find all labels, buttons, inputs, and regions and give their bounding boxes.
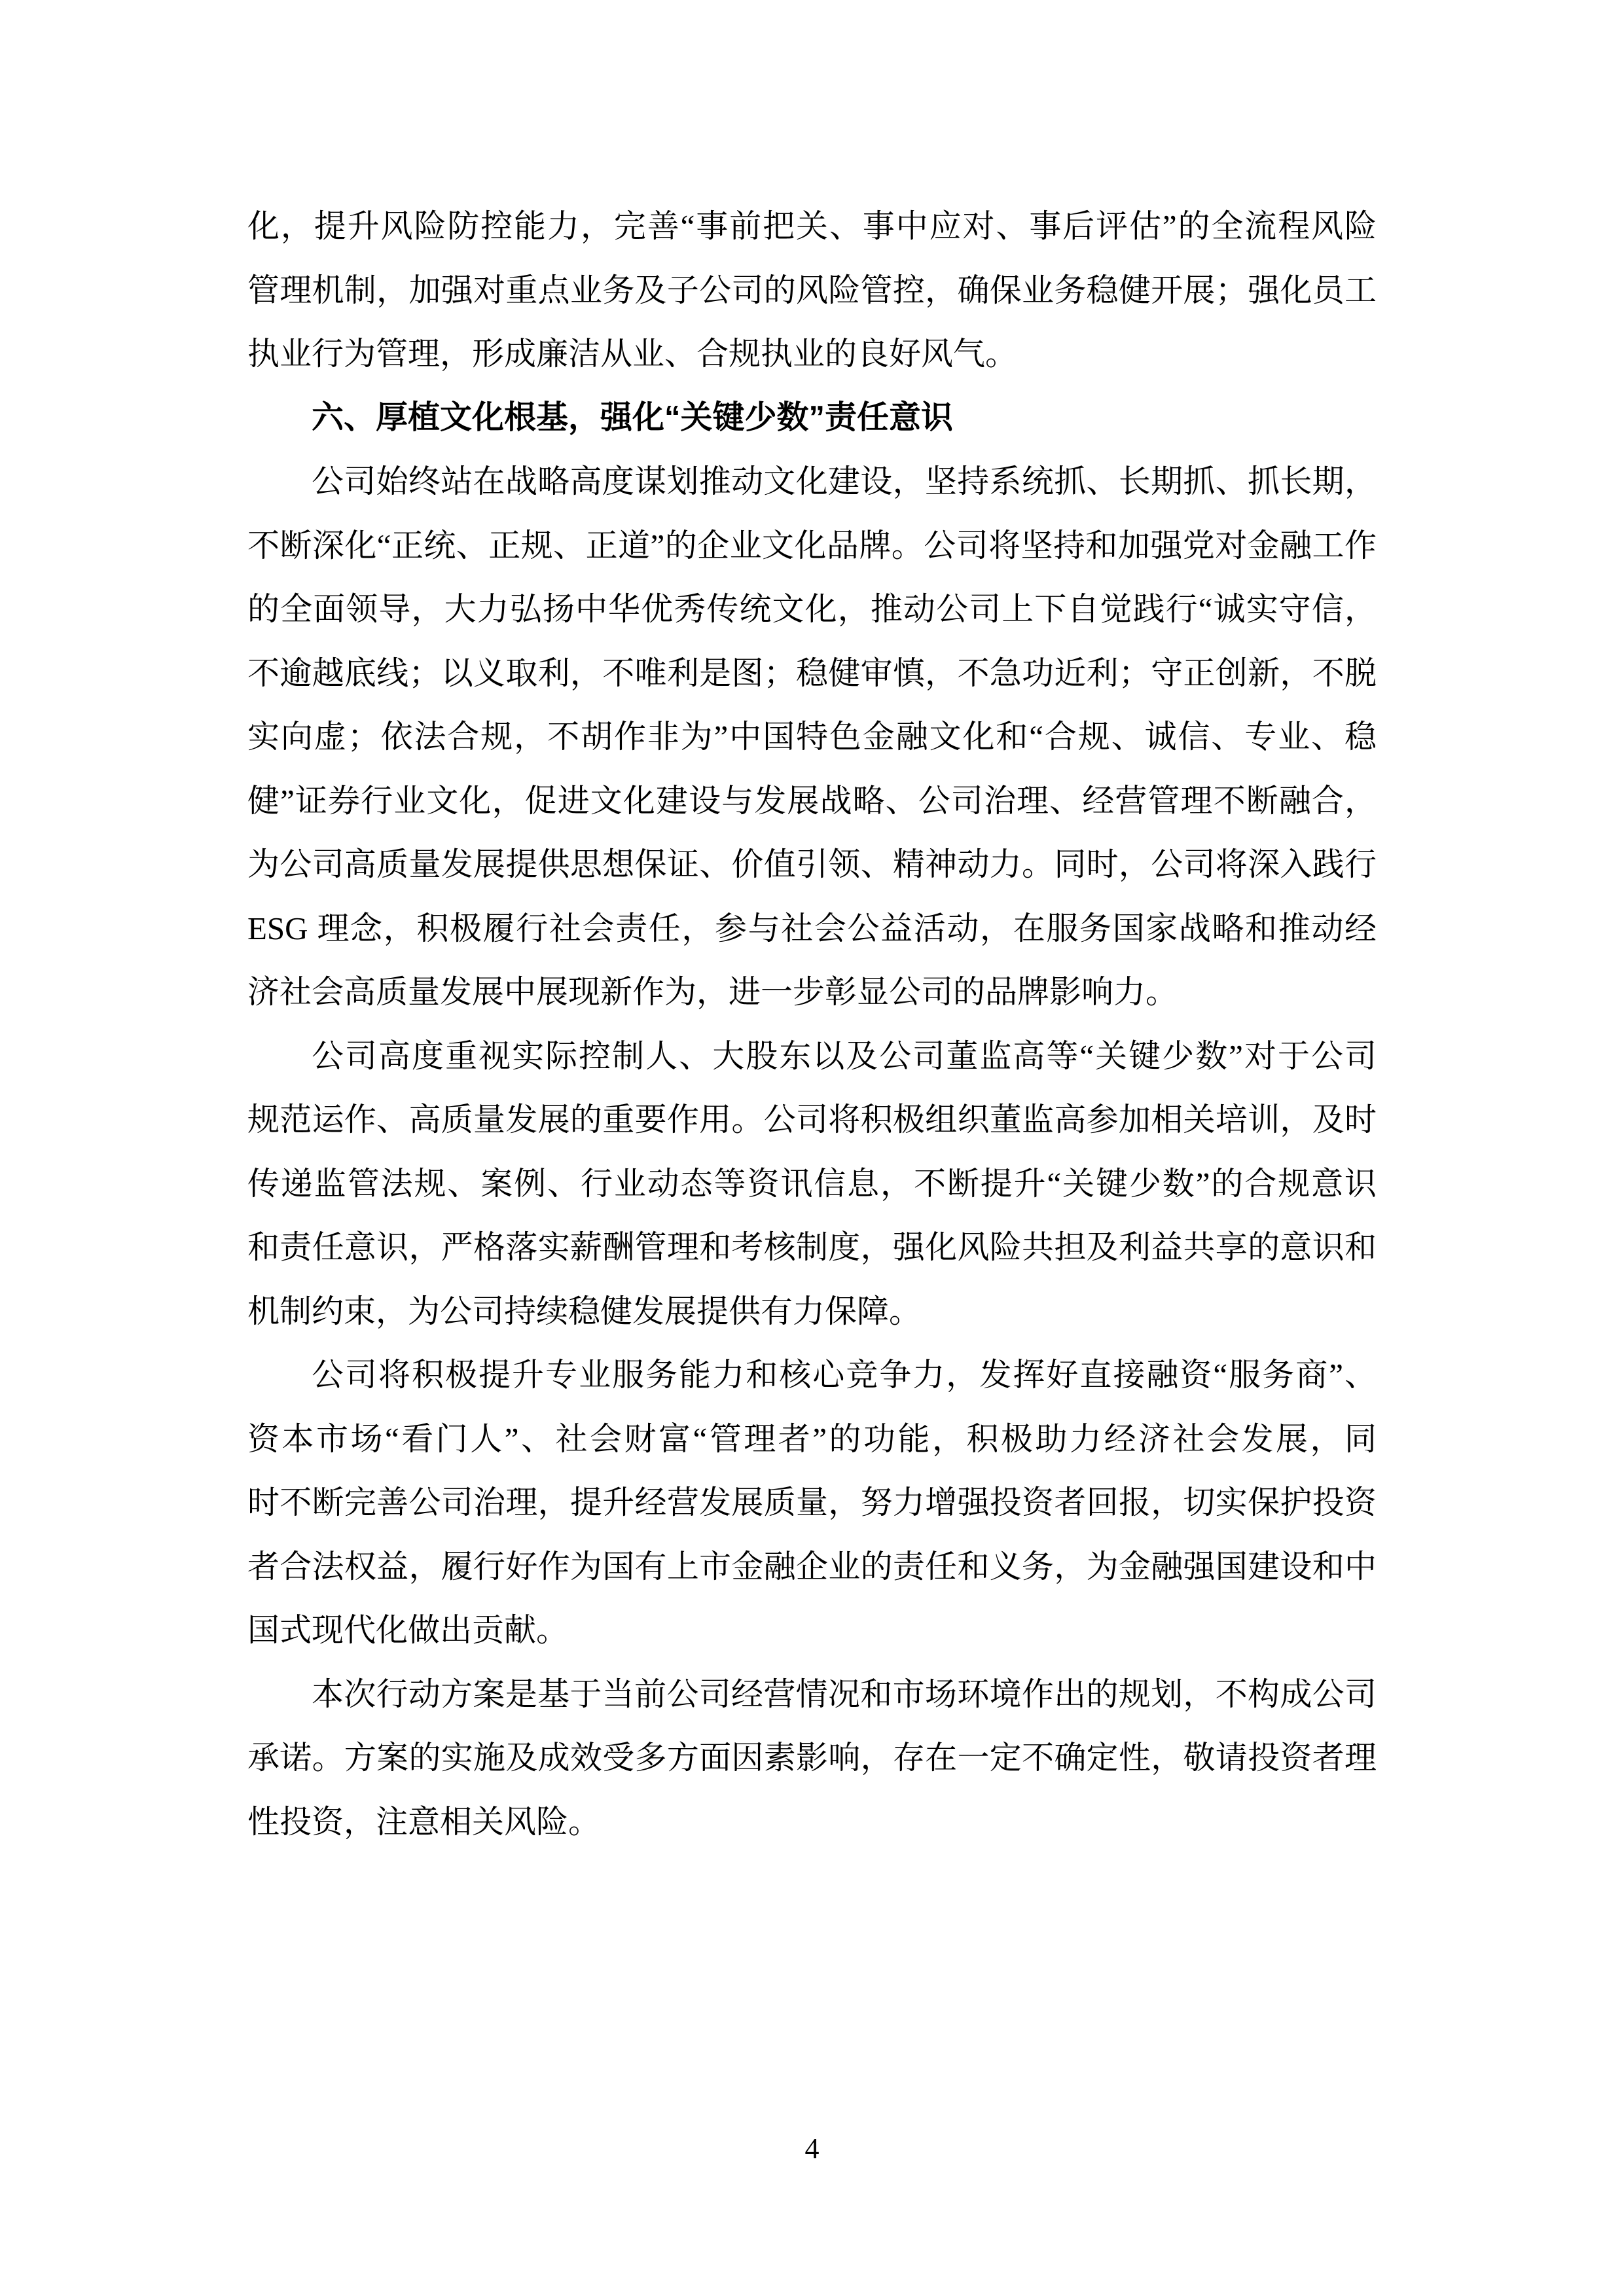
text-line: 性投资，注意相关风险。 [247, 1790, 1377, 1854]
text-line: 承诺。方案的实施及成效受多方面因素影响，存在一定不确定性，敬请投资者理 [247, 1726, 1377, 1790]
page-number: 4 [0, 2129, 1624, 2168]
text-line: 管理机制，加强对重点业务及子公司的风险管控，确保业务稳健开展；强化员工 [247, 259, 1377, 323]
text-line: 公司始终站在战略高度谋划推动文化建设，坚持系统抓、长期抓、抓长期， [247, 450, 1377, 514]
text-line: 健”证券行业文化，促进文化建设与发展战略、公司治理、经营管理不断融合， [247, 769, 1377, 833]
text-line: 者合法权益，履行好作为国有上市金融企业的责任和义务，为金融强国建设和中 [247, 1535, 1377, 1599]
text-line: 化，提升风险防控能力，完善“事前把关、事中应对、事后评估”的全流程风险 [247, 194, 1377, 259]
text-line: 不逾越底线；以义取利，不唯利是图；稳健审慎，不急功近利；守正创新，不脱 [247, 641, 1377, 706]
text-line: 资本市场“看门人”、社会财富“管理者”的功能，积极助力经济社会发展，同 [247, 1407, 1377, 1471]
text-line: 公司将积极提升专业服务能力和核心竞争力，发挥好直接融资“服务商”、 [247, 1343, 1377, 1407]
document-page: 化，提升风险防控能力，完善“事前把关、事中应对、事后评估”的全流程风险 管理机制… [0, 0, 1624, 2296]
text-line: 时不断完善公司治理，提升经营发展质量，努力增强投资者回报，切实保护投资 [247, 1471, 1377, 1535]
text-line: 不断深化“正统、正规、正道”的企业文化品牌。公司将坚持和加强党对金融工作 [247, 514, 1377, 578]
text-block: 化，提升风险防控能力，完善“事前把关、事中应对、事后评估”的全流程风险 管理机制… [247, 194, 1377, 1854]
text-line: 的全面领导，大力弘扬中华优秀传统文化，推动公司上下自觉践行“诚实守信， [247, 577, 1377, 641]
text-line: 执业行为管理，形成廉洁从业、合规执业的良好风气。 [247, 322, 1377, 386]
text-line: 济社会高质量发展中展现新作为，进一步彰显公司的品牌影响力。 [247, 960, 1377, 1024]
text-line: 实向虚；依法合规，不胡作非为”中国特色金融文化和“合规、诚信、专业、稳 [247, 705, 1377, 769]
text-line: 规范运作、高质量发展的重要作用。公司将积极组织董监高参加相关培训，及时 [247, 1088, 1377, 1152]
text-line: 传递监管法规、案例、行业动态等资讯信息，不断提升“关键少数”的合规意识 [247, 1152, 1377, 1216]
text-line: 本次行动方案是基于当前公司经营情况和市场环境作出的规划，不构成公司 [247, 1662, 1377, 1727]
section-heading: 六、厚植文化根基，强化“关键少数”责任意识 [247, 386, 1377, 450]
text-line: 机制约束，为公司持续稳健发展提供有力保障。 [247, 1280, 1377, 1344]
text-line: 和责任意识，严格落实薪酬管理和考核制度，强化风险共担及利益共享的意识和 [247, 1215, 1377, 1280]
text-line: ESG 理念，积极履行社会责任，参与社会公益活动，在服务国家战略和推动经 [247, 897, 1377, 961]
text-line: 国式现代化做出贡献。 [247, 1598, 1377, 1662]
text-line: 公司高度重视实际控制人、大股东以及公司董监高等“关键少数”对于公司 [247, 1024, 1377, 1088]
text-line: 为公司高质量发展提供思想保证、价值引领、精神动力。同时，公司将深入践行 [247, 833, 1377, 897]
